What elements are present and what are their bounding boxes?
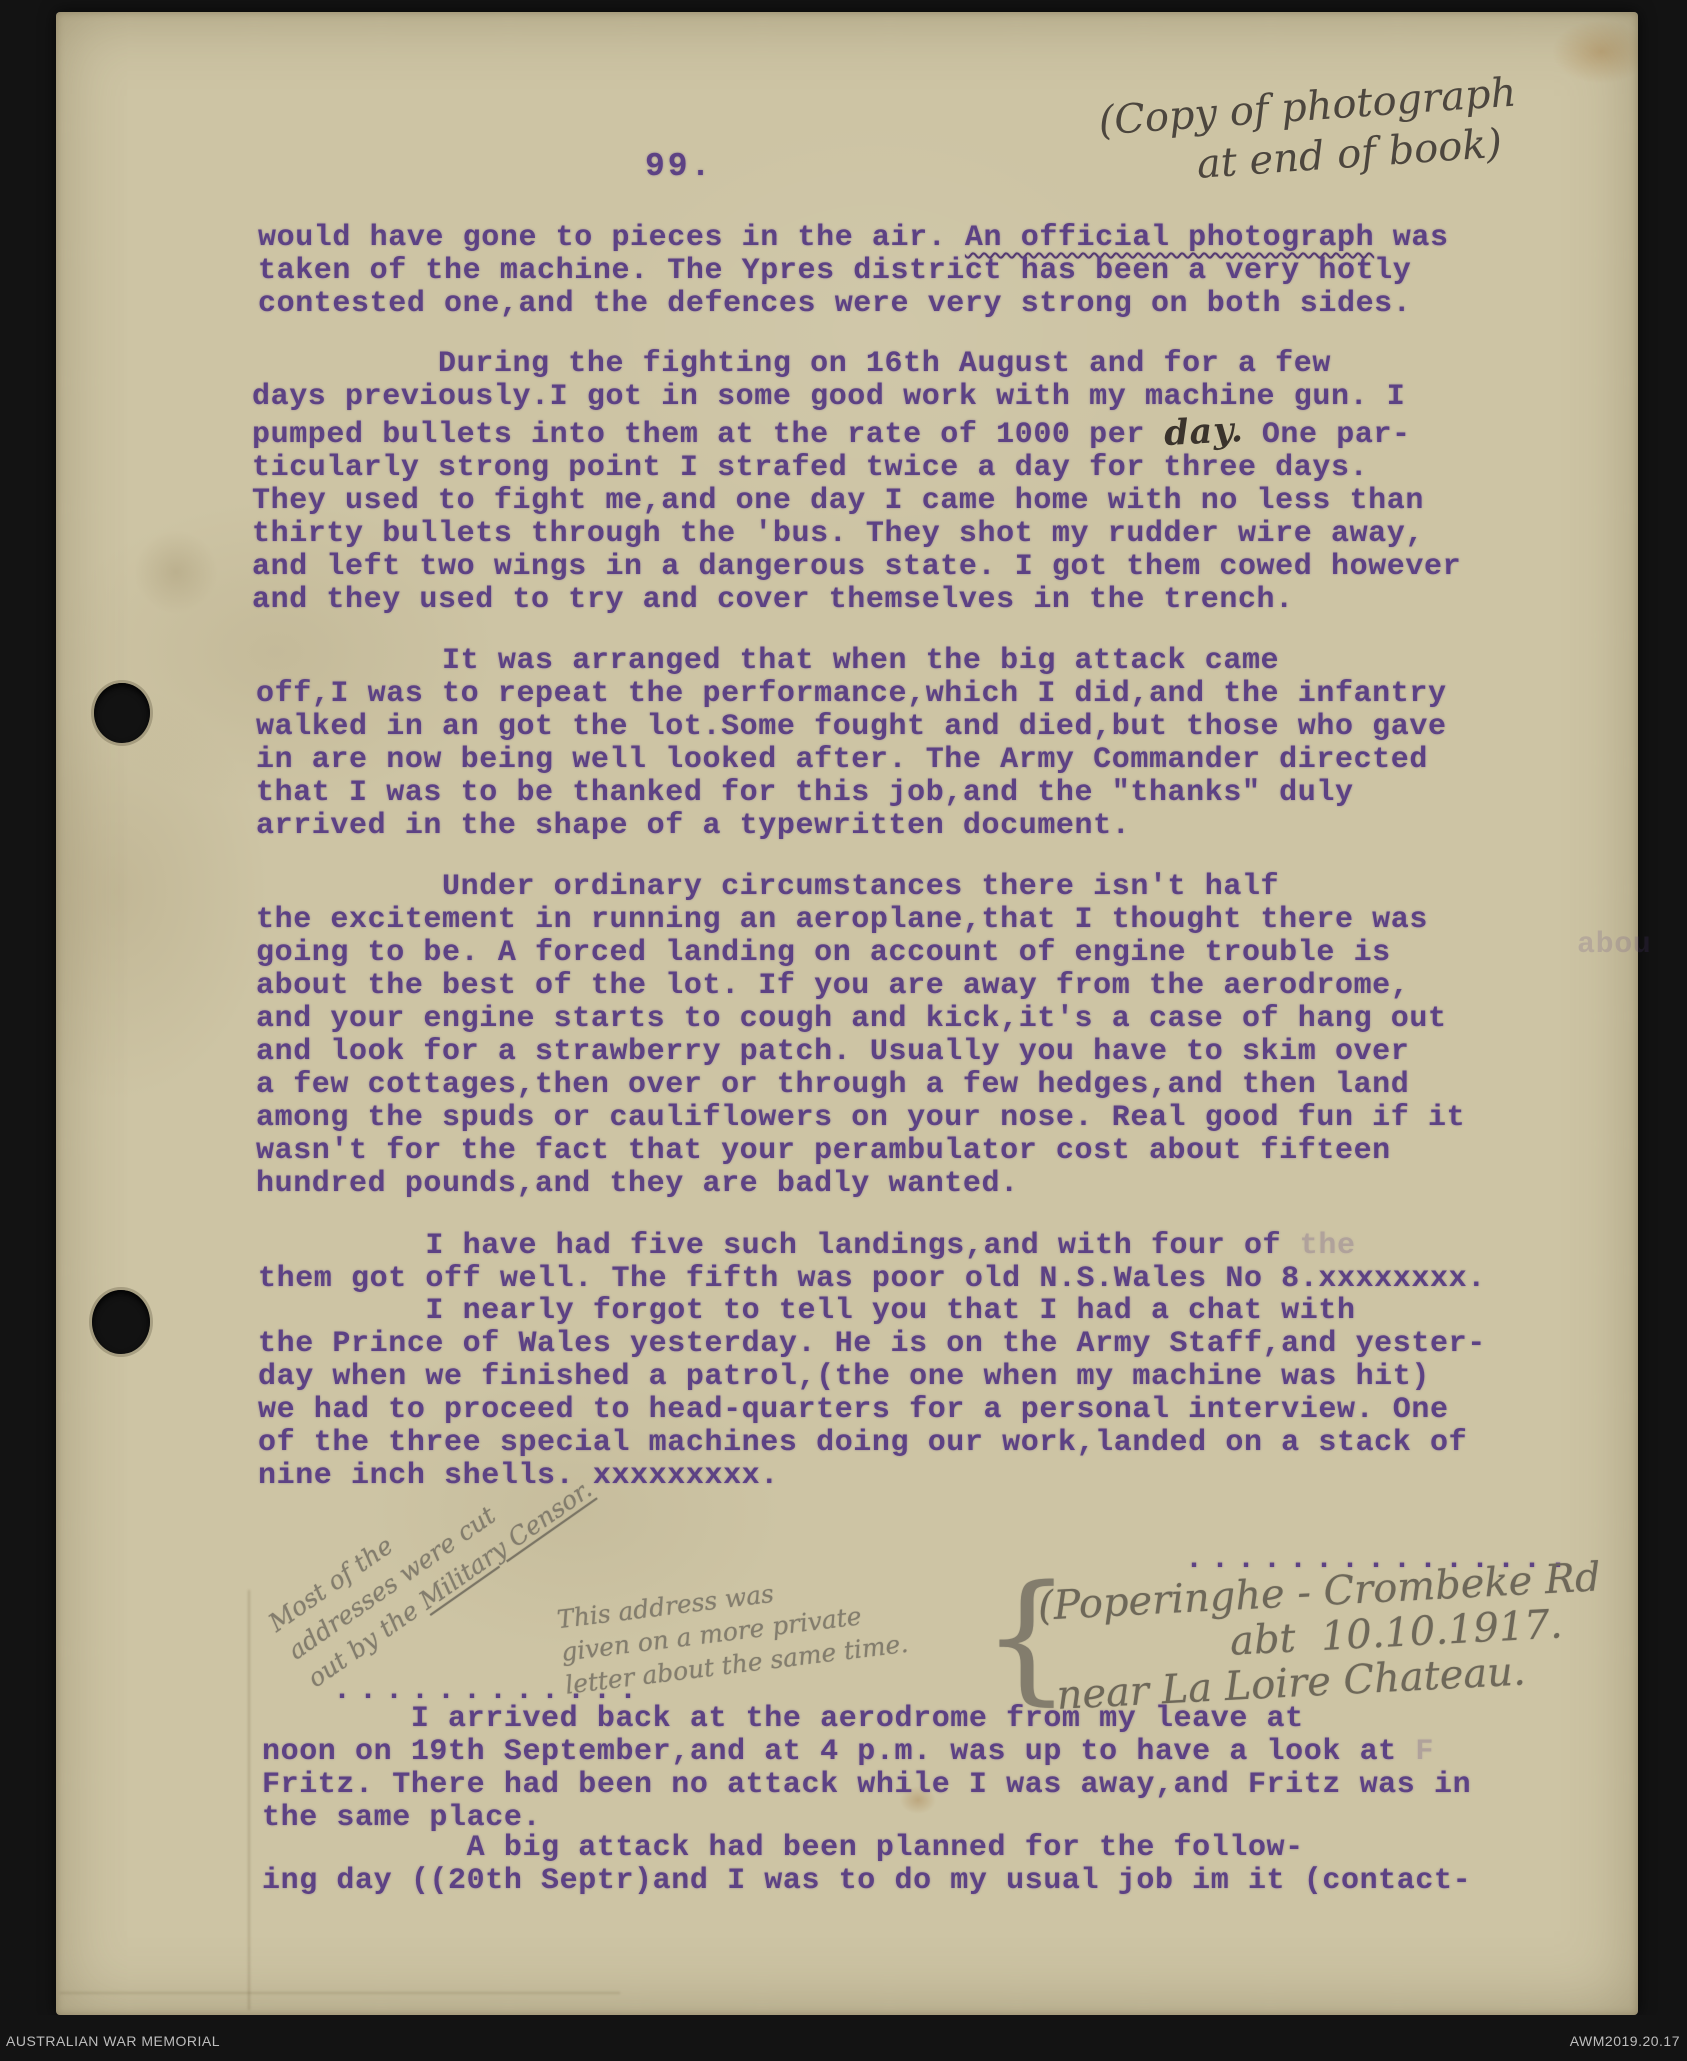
- text-line: and look for a strawberry patch. Usually…: [256, 1036, 1465, 1069]
- segment-faint: F: [1415, 1735, 1434, 1769]
- text-line: among the spuds or cauliflowers on your …: [256, 1102, 1465, 1135]
- punch-hole: [92, 1290, 150, 1354]
- text-line: ing day ((20th Septr)and I was to do my …: [262, 1865, 1471, 1898]
- text-line: about the best of the lot. If you are aw…: [256, 970, 1465, 1003]
- text-line: ticularly strong point I strafed twice a…: [252, 452, 1461, 485]
- segment: noon on 19th September,and at 4 p.m. was…: [262, 1735, 1415, 1769]
- segment: pumped bullets into them at the rate of …: [252, 418, 1164, 452]
- text-line: pumped bullets into them at the rate of …: [252, 414, 1461, 452]
- crease-line: [60, 1992, 620, 1994]
- text-line: would have gone to pieces in the air. An…: [258, 222, 1449, 255]
- typed-paragraph-8: A big attack had been planned for the fo…: [262, 1832, 1471, 1898]
- typed-paragraph-3: It was arranged that when the big attack…: [256, 645, 1447, 843]
- text-line: walked in an got the lot.Some fought and…: [256, 711, 1447, 744]
- text-line: It was arranged that when the big attack…: [256, 645, 1447, 678]
- text-line: thirty bullets through the 'bus. They sh…: [252, 518, 1461, 551]
- bleed-through-ghost-text: abou: [1577, 928, 1651, 962]
- text-line: I arrived back at the aerodrome from my …: [262, 1703, 1471, 1736]
- typed-paragraph-7: I arrived back at the aerodrome from my …: [262, 1703, 1471, 1835]
- text-line: Under ordinary circumstances there isn't…: [256, 871, 1465, 904]
- text-line: the Prince of Wales yesterday. He is on …: [258, 1328, 1486, 1361]
- segment: I have had five such landings,and with f…: [258, 1229, 1300, 1263]
- text-line: noon on 19th September,and at 4 p.m. was…: [262, 1736, 1471, 1769]
- text-line: days previously.I got in some good work …: [252, 381, 1461, 414]
- text-line: and they used to try and cover themselve…: [252, 584, 1461, 617]
- text-line: that I was to be thanked for this job,an…: [256, 777, 1447, 810]
- text-line: I nearly forgot to tell you that I had a…: [258, 1295, 1486, 1328]
- crease-line: [248, 1590, 250, 2010]
- text-line: arrived in the shape of a typewritten do…: [256, 810, 1447, 843]
- segment-wavy: An official photograph: [965, 221, 1374, 255]
- typed-paragraph-4: Under ordinary circumstances there isn't…: [256, 871, 1465, 1201]
- text-line: During the fighting on 16th August and f…: [252, 348, 1461, 381]
- archive-reference-number: AWM2019.20.17: [1570, 2033, 1680, 2049]
- segment-hw: day.: [1163, 413, 1244, 450]
- text-line: Fritz. There had been no attack while I …: [262, 1769, 1471, 1802]
- text-line: I have had five such landings,and with f…: [258, 1230, 1486, 1263]
- archive-name-label: AUSTRALIAN WAR MEMORIAL: [6, 2033, 220, 2049]
- text-line: and your engine starts to cough and kick…: [256, 1003, 1465, 1036]
- text-line: A big attack had been planned for the fo…: [262, 1832, 1471, 1865]
- text-line: them got off well. The fifth was poor ol…: [258, 1263, 1486, 1296]
- segment: was: [1374, 221, 1448, 255]
- text-line: day when we finished a patrol,(the one w…: [258, 1361, 1486, 1394]
- scan-footer-bar: [0, 2015, 1687, 2061]
- segment: would have gone to pieces in the air.: [258, 221, 965, 255]
- page-number: 99.: [645, 148, 713, 185]
- text-line: contested one,and the defences were very…: [258, 288, 1449, 321]
- scanned-document-page: 99. (Copy of photographat end of book) w…: [0, 0, 1687, 2061]
- text-line: They used to fight me,and one day I came…: [252, 485, 1461, 518]
- text-line: in are now being well looked after. The …: [256, 744, 1447, 777]
- text-line: taken of the machine. The Ypres district…: [258, 255, 1449, 288]
- text-line: of the three special machines doing our …: [258, 1427, 1486, 1460]
- typed-paragraph-5: I have had five such landings,and with f…: [258, 1230, 1486, 1296]
- text-line: we had to proceed to head-quarters for a…: [258, 1394, 1486, 1427]
- text-line: off,I was to repeat the performance,whic…: [256, 678, 1447, 711]
- text-line: and left two wings in a dangerous state.…: [252, 551, 1461, 584]
- typed-paragraph-2: During the fighting on 16th August and f…: [252, 348, 1461, 617]
- text-line: the excitement in running an aeroplane,t…: [256, 904, 1465, 937]
- punch-hole: [94, 683, 150, 743]
- text-line: going to be. A forced landing on account…: [256, 937, 1465, 970]
- segment: One par-: [1243, 418, 1410, 452]
- text-line: wasn't for the fact that your perambulat…: [256, 1135, 1465, 1168]
- typed-paragraph-6: I nearly forgot to tell you that I had a…: [258, 1295, 1486, 1493]
- typed-paragraph-1: would have gone to pieces in the air. An…: [258, 222, 1449, 321]
- text-line: a few cottages,then over or through a fe…: [256, 1069, 1465, 1102]
- segment-faint: the: [1300, 1229, 1356, 1263]
- text-line: hundred pounds,and they are badly wanted…: [256, 1168, 1465, 1201]
